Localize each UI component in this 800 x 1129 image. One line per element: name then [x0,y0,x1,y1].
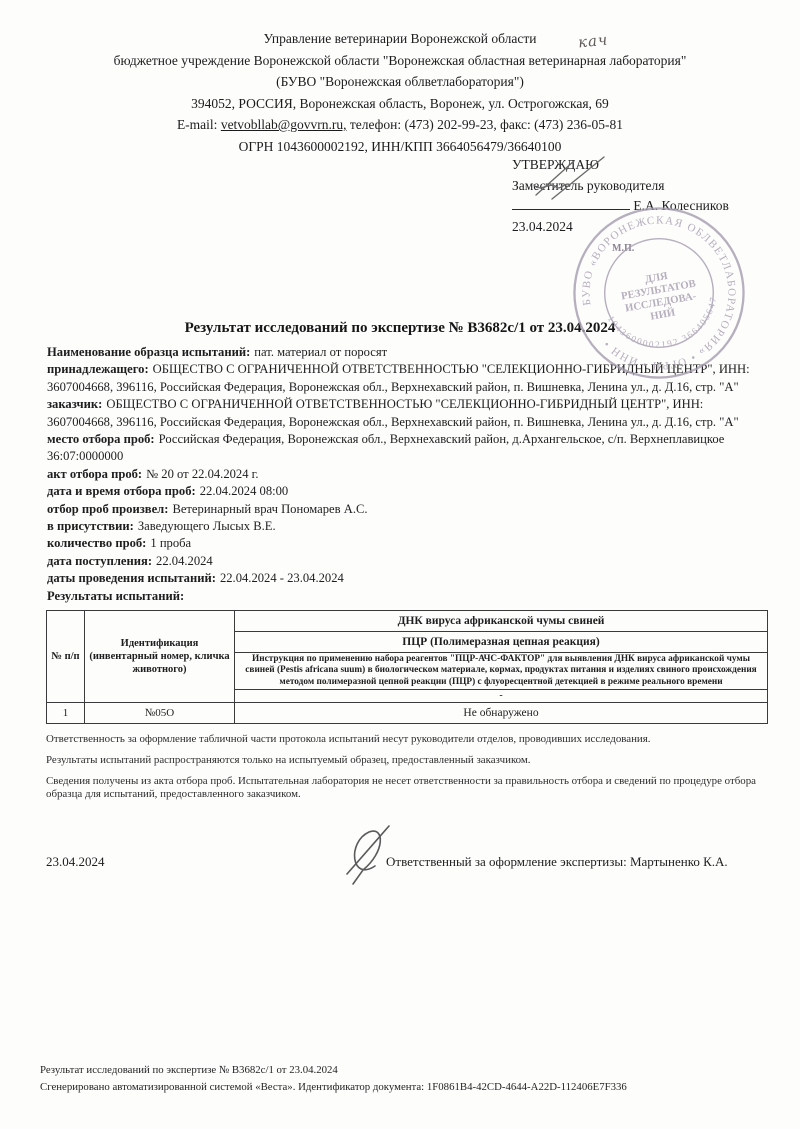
field-sampling-act: акт отбора проб:№ 20 от 22.04.2024 г. [47,466,764,483]
field-value: 22.04.2024 - 23.04.2024 [220,571,344,585]
responsible-person: Ответственный за оформление экспертизы: … [386,854,728,870]
field-customer: заказчик:ОБЩЕСТВО С ОГРАНИЧЕННОЙ ОТВЕТСТ… [47,396,764,431]
org-fullname: бюджетное учреждение Воронежской области… [0,50,800,72]
field-sampling-datetime: дата и время отбора проб:22.04.2024 08:0… [47,483,764,500]
field-value: № 20 от 22.04.2024 г. [146,467,258,481]
results-label: Результаты испытаний: [47,588,764,605]
signoff-date: 23.04.2024 [46,854,105,870]
field-witness: в присутствии:Заведующего Лысых В.Е. [47,518,764,535]
email-label: E-mail: [177,117,218,132]
notes-section: Ответственность за оформление табличной … [46,733,764,802]
field-sampler: отбор проб произвел:Ветеринарный врач По… [47,501,764,518]
email-link[interactable]: vetvobllab@govvrn.ru, [221,117,347,132]
field-label: отбор проб произвел: [47,502,168,516]
org-ogrn-inn: ОГРН 1043600002192, ИНН/КПП 3664056479/3… [0,136,800,158]
footer-generated-line: Сгенерировано автоматизированной системо… [40,1079,627,1096]
note-sampling-info: Сведения получены из акта отбора проб. И… [46,775,764,802]
footer-result-line: Результат исследований по экспертизе № В… [40,1062,627,1079]
org-shortname: (БУВО "Воронежская облветлаборатория") [0,71,800,93]
field-test-dates: даты проведения испытаний:22.04.2024 - 2… [47,570,764,587]
field-label: количество проб: [47,536,146,550]
note-scope: Результаты испытаний распространяются то… [46,754,764,768]
field-value: 22.04.2024 [156,554,213,568]
row-number: 1 [47,702,85,723]
stamp-inner-numbers: 1043600002192 3664056479 [556,190,727,366]
approve-word: УТВЕРЖДАЮ [512,155,780,176]
field-value: ОБЩЕСТВО С ОГРАНИЧЕННОЙ ОТВЕТСТВЕННОСТЬЮ… [47,397,739,428]
letterhead: Управление ветеринарии Воронежской облас… [0,0,800,157]
field-value: 22.04.2024 08:00 [200,484,289,498]
field-label: акт отбора проб: [47,467,142,481]
row-result: Не обнаружено [235,702,768,723]
org-contacts: E-mail: vetvobllab@govvrn.ru, телефон: (… [0,114,800,136]
field-sample-count: количество проб:1 проба [47,535,764,552]
field-value: Ветеринарный врач Пономарев А.С. [172,502,367,516]
document-page: Управление ветеринарии Воронежской облас… [0,0,800,1129]
approver-position: Заместитель руководителя [512,176,780,197]
field-receipt-date: дата поступления:22.04.2024 [47,553,764,570]
table-header-test: ДНК вируса африканской чумы свиней [235,611,768,632]
handwritten-note: кач [577,30,609,51]
svg-text:1043600002192 3664056479: 1043600002192 3664056479 [556,190,727,366]
table-header-extra: - [235,689,768,702]
field-label: даты проведения испытаний: [47,571,216,585]
laboratory-round-stamp-icon: БУВО «ВОРОНЕЖСКАЯ ОБЛВЕТЛАБОРАТОРИЯ» • О… [556,190,762,396]
table-header-id: Идентификация (инвентарный номер, кличка… [85,611,235,703]
row-sample-id: №05O [85,702,235,723]
table-header-method: ПЦР (Полимеразная цепная реакция) [235,632,768,653]
field-label: дата и время отбора проб: [47,484,196,498]
field-label: Наименование образца испытаний: [47,345,250,359]
org-department: Управление ветеринарии Воронежской облас… [0,28,800,50]
field-label: заказчик: [47,397,102,411]
field-label: принадлежащего: [47,362,149,376]
field-label: в присутствии: [47,519,134,533]
org-address: 394052, РОССИЯ, Воронежская область, Вор… [0,93,800,115]
document-footer: Результат исследований по экспертизе № В… [40,1062,627,1096]
field-value: пат. материал от поросят [254,345,387,359]
field-value: Заведующего Лысых В.Е. [138,519,276,533]
field-value: 1 проба [150,536,191,550]
table-header-num: № п/п [47,611,85,703]
phone-fax: телефон: (473) 202-99-23, факс: (473) 23… [350,117,623,132]
note-responsibility: Ответственность за оформление табличной … [46,733,764,747]
signoff-row: 23.04.2024 Ответственный за оформление э… [46,840,760,880]
table-row: 1 №05O Не обнаружено [47,702,768,723]
signature-line [512,198,630,210]
table-header-instruction: Инструкция по применению набора реагенто… [235,653,768,690]
results-table: № п/п Идентификация (инвентарный номер, … [46,610,768,724]
field-sampling-place: место отбора проб:Российская Федерация, … [47,431,764,466]
field-label: место отбора проб: [47,432,155,446]
field-label: дата поступления: [47,554,152,568]
